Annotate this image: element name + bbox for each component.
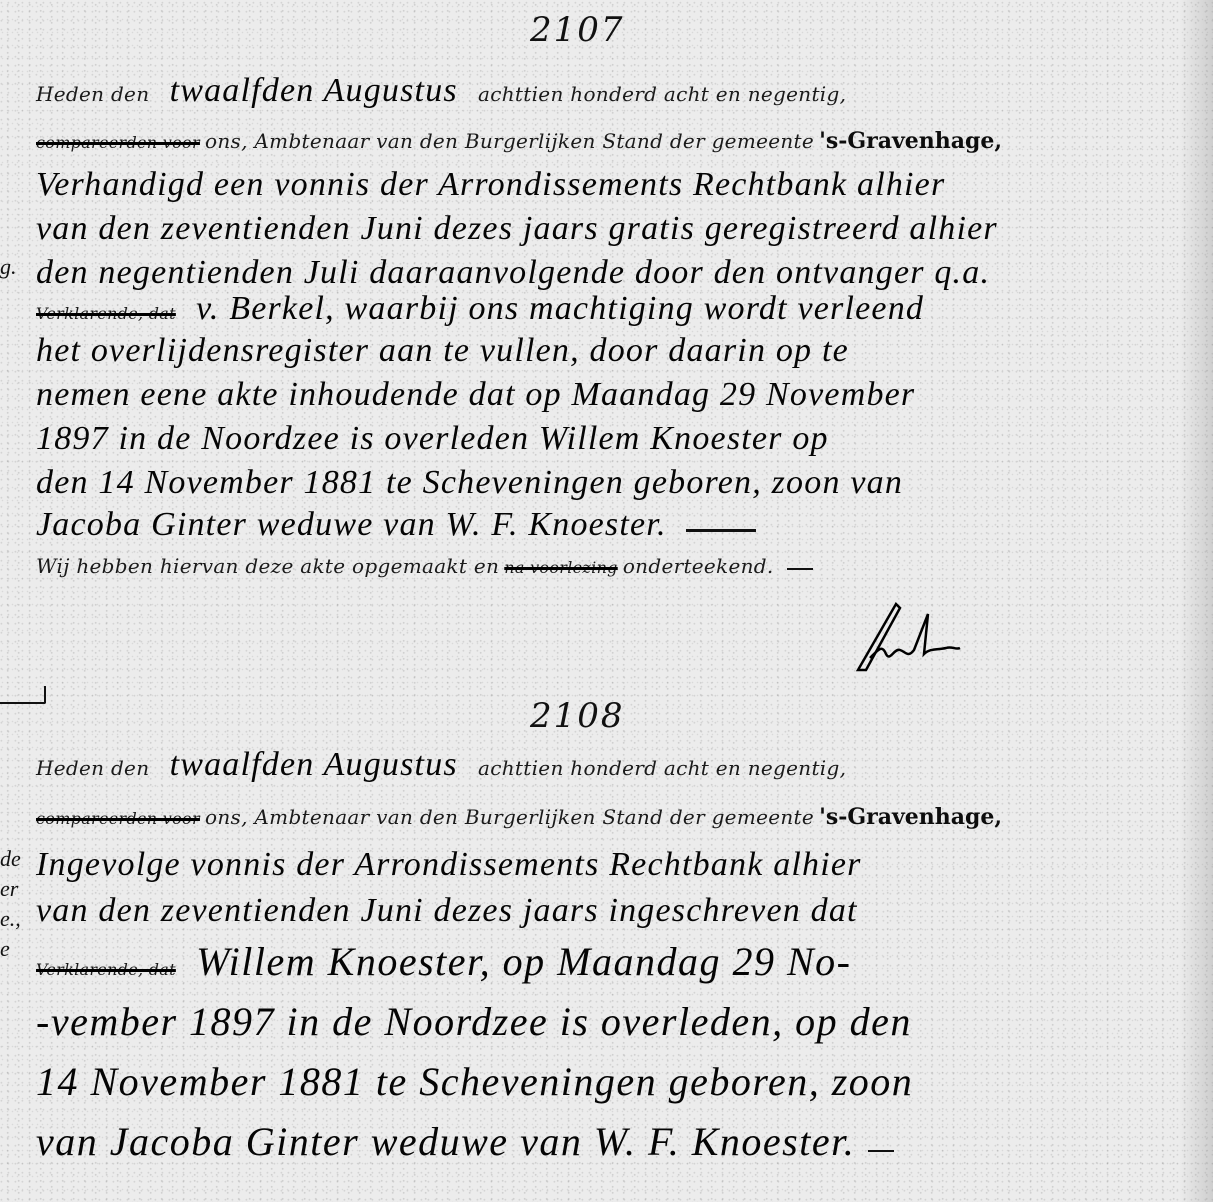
handwritten-text: van Jacoba Ginter weduwe van W. F. Knoes… bbox=[36, 1119, 855, 1164]
margin-bracket-mark bbox=[0, 686, 46, 704]
handwritten-line: het overlijdensregister aan te vullen, d… bbox=[36, 332, 1193, 370]
handwritten-line: -vember 1897 in de Noordzee is overleden… bbox=[36, 998, 1193, 1045]
official-line: compareerden voor ons, Ambtenaar van den… bbox=[36, 128, 1193, 154]
registry-page: 2107 Heden den twaalfden Augustus achtti… bbox=[0, 0, 1213, 1202]
handwritten-line: Ingevolge vonnis der Arrondissements Rec… bbox=[36, 846, 1193, 884]
handwritten-line: 1897 in de Noordzee is overleden Willem … bbox=[36, 420, 1193, 458]
printed-text: ons, Ambtenaar van den Burgerlijken Stan… bbox=[205, 129, 814, 153]
official-line: compareerden voor ons, Ambtenaar van den… bbox=[36, 804, 1193, 830]
line-filler-dash bbox=[686, 529, 756, 532]
handwritten-text: Willem Knoester, op Maandag 29 No- bbox=[196, 939, 851, 984]
handwritten-text: Jacoba Ginter weduwe van W. F. Knoester. bbox=[36, 506, 667, 543]
printed-text: Heden den bbox=[36, 82, 149, 106]
margin-note: er bbox=[0, 876, 18, 902]
struck-text: na voorlezing bbox=[504, 558, 617, 577]
handwritten-line: nemen eene akte inhoudende dat op Maanda… bbox=[36, 376, 1193, 414]
printed-text: onderteekend. bbox=[623, 554, 774, 578]
line-filler-dash bbox=[787, 568, 813, 570]
municipality-name: 's-Gravenhage, bbox=[819, 804, 1002, 830]
printed-text: Heden den bbox=[36, 756, 149, 780]
entry-number: 2108 bbox=[530, 696, 625, 736]
handwritten-line: den 14 November 1881 te Scheveningen geb… bbox=[36, 464, 1193, 502]
struck-text: Verklarende, dat bbox=[36, 304, 176, 323]
margin-note: e bbox=[0, 936, 10, 962]
municipality-name: 's-Gravenhage, bbox=[819, 128, 1002, 154]
line-filler-dash bbox=[868, 1150, 894, 1152]
printed-text: achttien honderd acht en negentig, bbox=[478, 82, 846, 106]
entry-number: 2107 bbox=[530, 10, 625, 50]
declarant-line: Verklarende, dat v. Berkel, waarbij ons … bbox=[36, 290, 1193, 328]
declarant-line: Verklarende, dat Willem Knoester, op Maa… bbox=[36, 938, 1193, 985]
handwritten-line: van den zeventienden Juni dezes jaars in… bbox=[36, 892, 1193, 930]
handwritten-line-with-dash: van Jacoba Ginter weduwe van W. F. Knoes… bbox=[36, 1118, 1193, 1165]
handwritten-line-with-dash: Jacoba Ginter weduwe van W. F. Knoester. bbox=[36, 506, 1193, 544]
handwritten-line: 14 November 1881 te Scheveningen geboren… bbox=[36, 1058, 1193, 1105]
handwritten-text: v. Berkel, waarbij ons machtiging wordt … bbox=[196, 290, 924, 327]
handwritten-line: van den zeventienden Juni dezes jaars gr… bbox=[36, 210, 1193, 248]
struck-text: Verklarende, dat bbox=[36, 960, 176, 979]
struck-text: compareerden voor bbox=[36, 809, 200, 828]
struck-text: compareerden voor bbox=[36, 133, 200, 152]
printed-text: Wij hebben hiervan deze akte opgemaakt e… bbox=[36, 554, 499, 578]
printed-text: achttien honderd acht en negentig, bbox=[478, 756, 846, 780]
signature-mark bbox=[848, 598, 968, 678]
handwritten-date: twaalfden Augustus bbox=[170, 746, 458, 783]
entry-opening-line: Heden den twaalfden Augustus achttien ho… bbox=[36, 746, 1193, 784]
margin-note: g. bbox=[0, 254, 17, 280]
entry-opening-line: Heden den twaalfden Augustus achttien ho… bbox=[36, 72, 1193, 110]
handwritten-line: Verhandigd een vonnis der Arrondissement… bbox=[36, 166, 1193, 204]
printed-text: ons, Ambtenaar van den Burgerlijken Stan… bbox=[205, 805, 814, 829]
margin-note: de bbox=[0, 846, 21, 872]
margin-note: e., bbox=[0, 906, 21, 932]
handwritten-line: den negentienden Juli daaraanvolgende do… bbox=[36, 254, 1193, 292]
closing-line: Wij hebben hiervan deze akte opgemaakt e… bbox=[36, 554, 1193, 578]
handwritten-date: twaalfden Augustus bbox=[170, 72, 458, 109]
